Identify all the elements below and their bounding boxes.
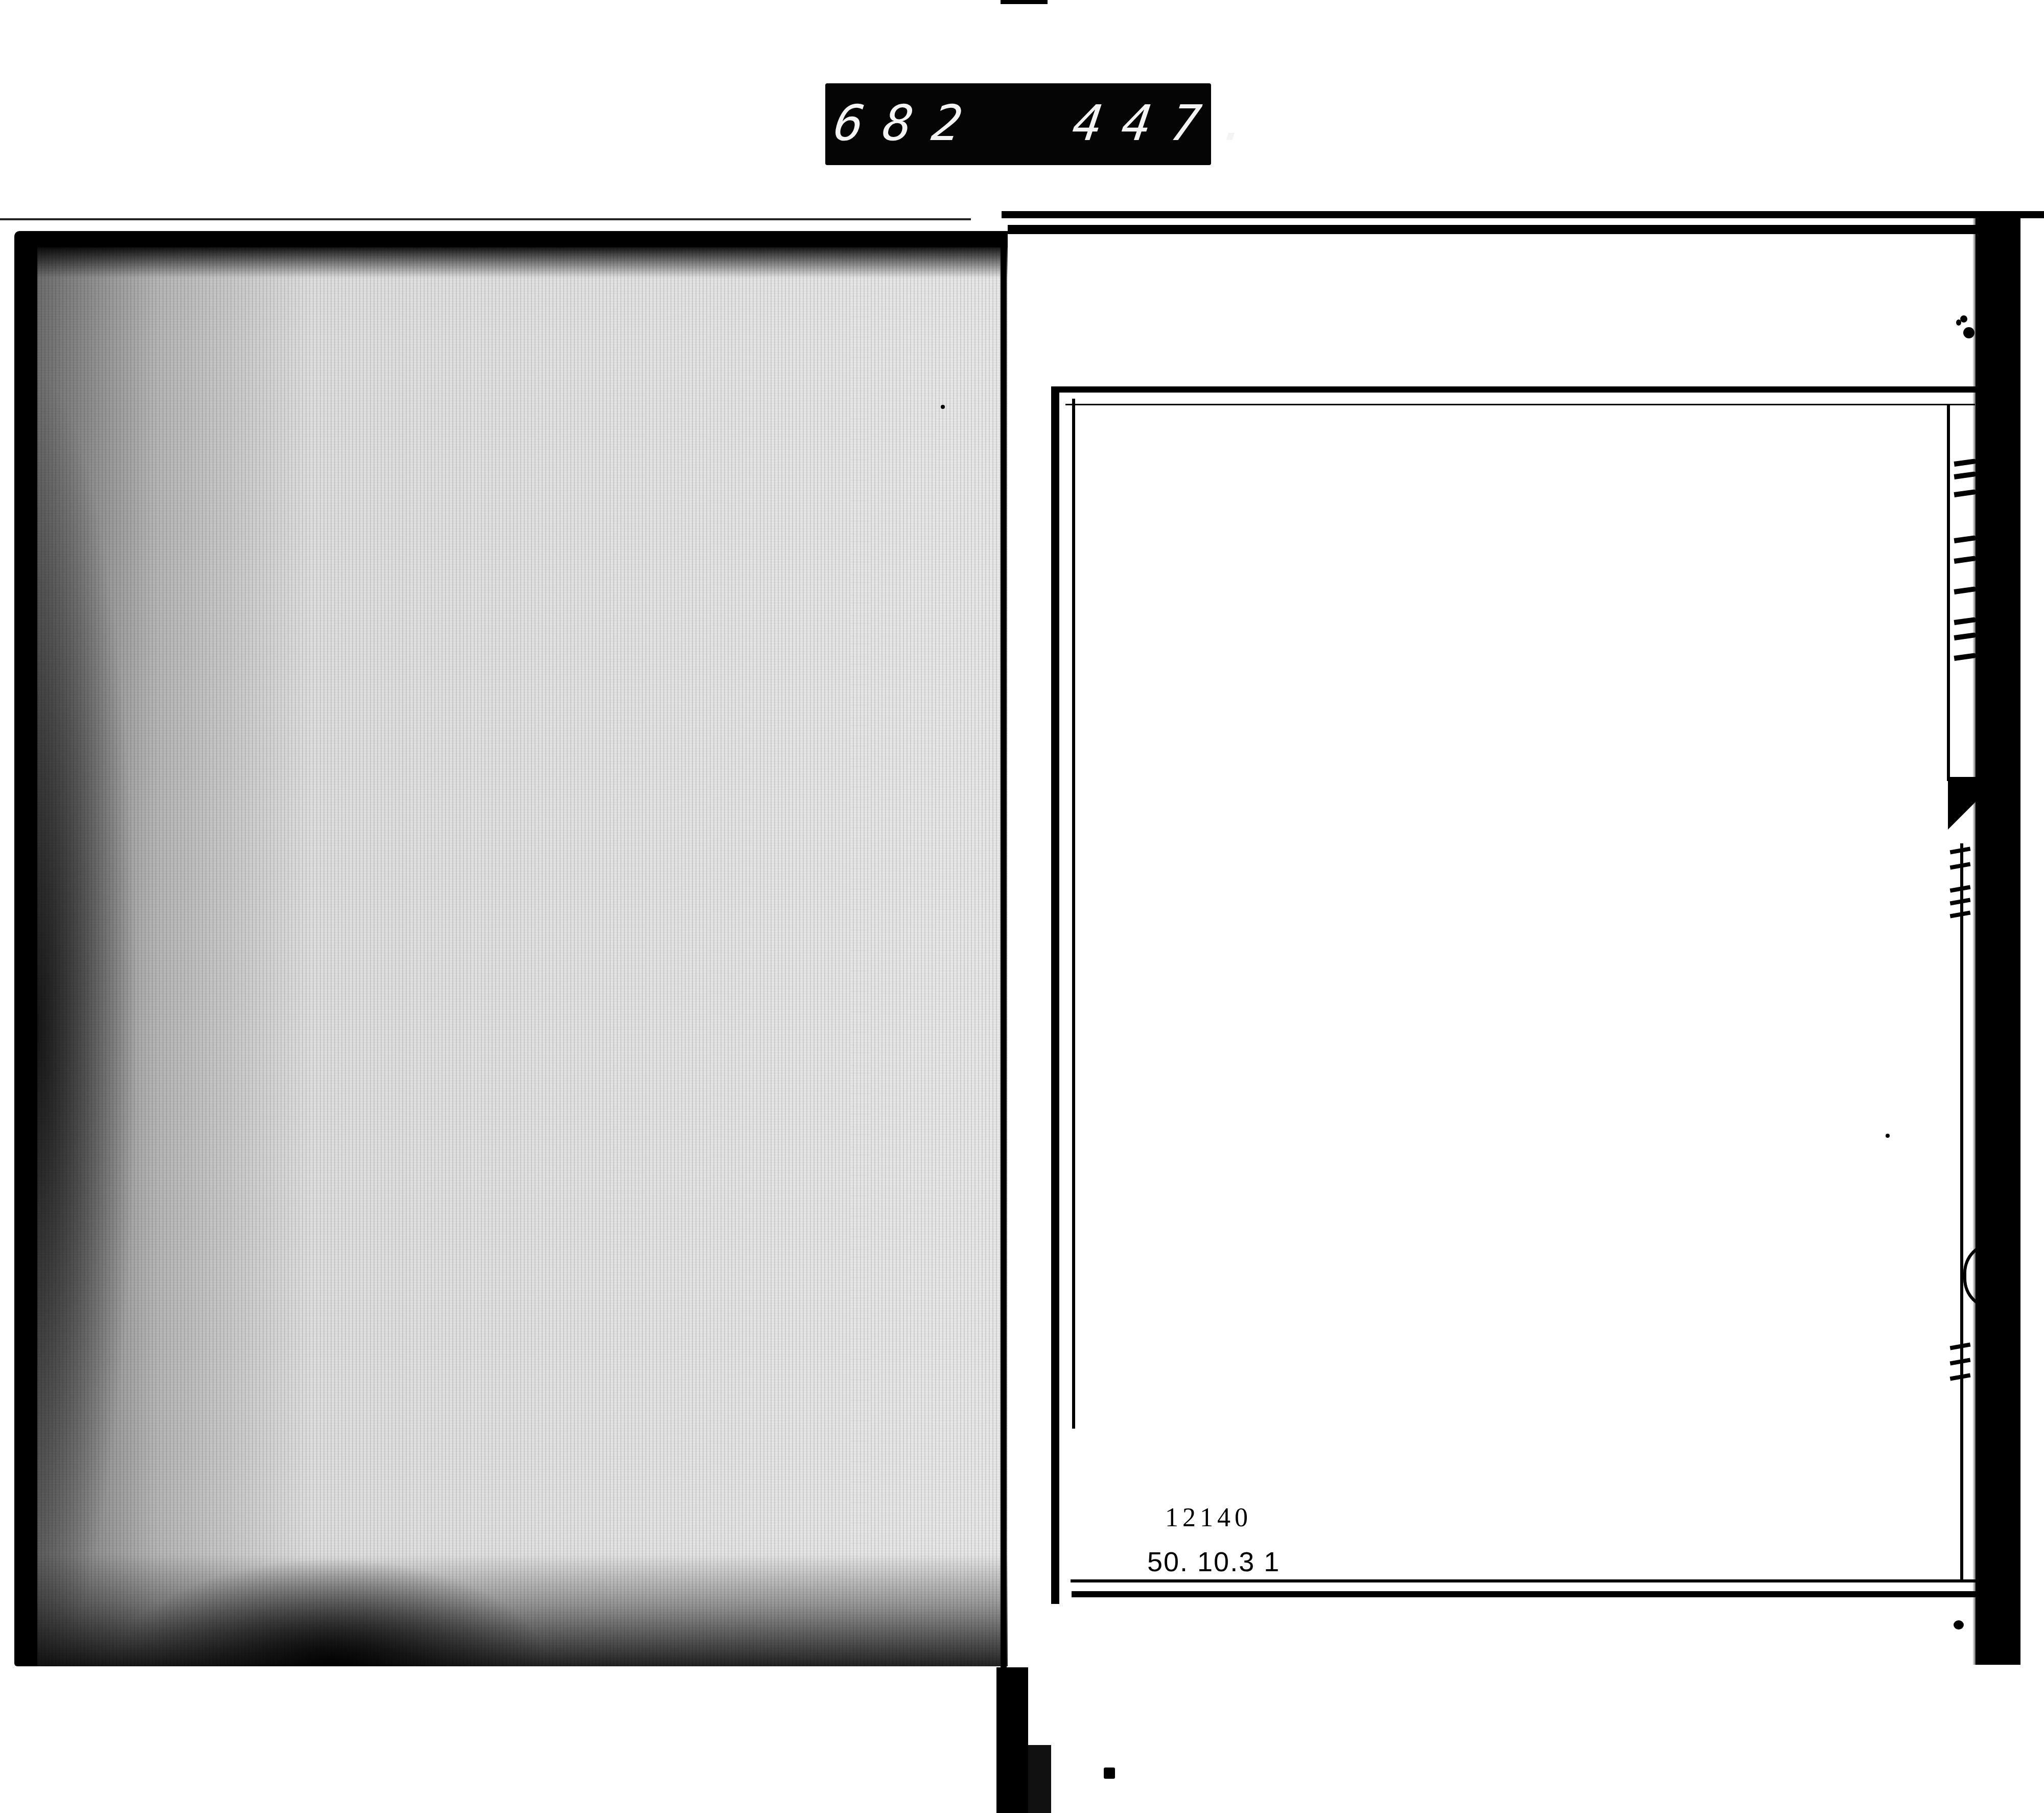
title-slip-stroke bbox=[1950, 885, 1971, 893]
left-page-paper bbox=[37, 247, 1020, 1666]
title-slip-stroke bbox=[1950, 847, 1971, 855]
title-slip-stroke bbox=[1954, 617, 1977, 625]
title-slip-stroke bbox=[1950, 1358, 1971, 1366]
left-page-bottom-shadow bbox=[37, 1554, 1020, 1666]
title-slip-stroke bbox=[1954, 653, 1977, 661]
title-slip-stroke bbox=[1950, 911, 1971, 919]
title-slip-stroke bbox=[1954, 535, 1977, 543]
ink-spot bbox=[1960, 315, 1967, 323]
title-slip-stroke bbox=[1954, 556, 1977, 564]
film-edge-tab bbox=[1001, 0, 1048, 4]
title-slip-stroke bbox=[1954, 632, 1977, 640]
page-frame-bottom-thin bbox=[1071, 1579, 1995, 1582]
title-slip-stroke bbox=[1954, 471, 1977, 479]
spine-block-step bbox=[1028, 1745, 1051, 1813]
left-page-top-shadow bbox=[37, 247, 1020, 278]
page-frame-inner-top bbox=[1065, 404, 1975, 405]
title-slip-stroke bbox=[1954, 586, 1977, 594]
left-page bbox=[14, 231, 1020, 1666]
title-slip-corner bbox=[1948, 777, 1979, 833]
ink-spot bbox=[1954, 1620, 1964, 1630]
title-slip-lower bbox=[1947, 833, 1978, 1579]
reel-frame-label: 682 447. bbox=[825, 83, 1211, 165]
title-slip-stroke bbox=[1954, 458, 1977, 467]
title-slip-stroke bbox=[1950, 898, 1971, 906]
gutter bbox=[1001, 231, 1007, 1672]
title-slip-stroke bbox=[1950, 1373, 1971, 1381]
title-slip-stroke bbox=[1950, 862, 1971, 870]
title-slip bbox=[1947, 404, 1981, 781]
title-slip-stroke bbox=[1954, 489, 1977, 497]
title-slip-stroke bbox=[1950, 1343, 1971, 1350]
page-frame-inner-left bbox=[1072, 399, 1075, 1429]
spine-block bbox=[996, 1667, 1028, 1813]
accession-date: 50. 10.3 1 bbox=[1147, 1546, 1280, 1578]
page-frame-outer bbox=[1051, 386, 1989, 1604]
page-frame-bottom-thick bbox=[1072, 1591, 1996, 1597]
scan-rule-right bbox=[1002, 211, 2044, 218]
scan-rule-left bbox=[0, 218, 971, 220]
reel-number: 682 bbox=[830, 95, 985, 152]
ink-spot bbox=[941, 405, 945, 409]
ink-speck bbox=[1104, 1768, 1115, 1779]
ink-spot bbox=[1886, 1134, 1890, 1138]
frame-number: 447. bbox=[1069, 95, 1273, 152]
ink-spot bbox=[1963, 327, 1975, 338]
accession-number: 12140 bbox=[1165, 1503, 1252, 1533]
ink-spot bbox=[1956, 319, 1961, 326]
